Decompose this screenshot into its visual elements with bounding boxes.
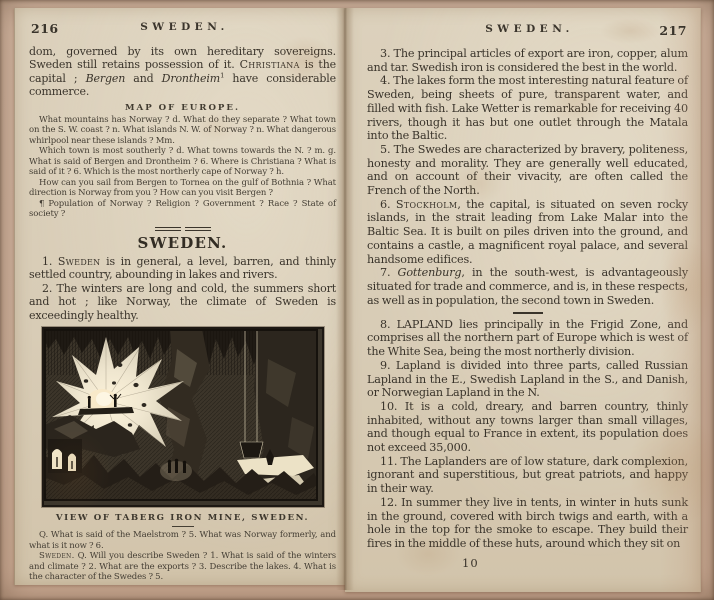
book-scan: 216 SWEDEN. dom, governed by its own her… xyxy=(0,0,714,600)
sweden-label-smallcaps: Sweden. xyxy=(39,551,75,561)
bottom-question-2: Sweden. Q. Will you describe Sweden ? 1.… xyxy=(29,551,336,583)
question-block-2: Which town is most southerly ? d. What t… xyxy=(29,146,336,178)
drontheim-italic: Drontheim xyxy=(162,72,220,85)
section-divider xyxy=(154,227,212,231)
page-number-right: 217 xyxy=(659,23,687,38)
sweden-smallcaps: Sweden xyxy=(58,255,101,268)
caption-rule xyxy=(172,526,194,527)
bergen-italic: Bergen xyxy=(86,72,126,85)
lapland-divider xyxy=(513,312,543,313)
question-block-3: How can you sail from Bergen to Tornea o… xyxy=(29,178,336,199)
paragraph-12: 12. In summer they live in tents, in win… xyxy=(367,496,688,551)
paragraph-2: 2. The winters are long and cold, the su… xyxy=(29,282,336,322)
question-block-4: ¶ Population of Norway ? Religion ? Gove… xyxy=(29,199,336,220)
bottom-question-1: Q. What is said of the Maelstrom ? 5. Wh… xyxy=(29,530,336,551)
engraving-caption: VIEW OF TABERG IRON MINE, SWEDEN. xyxy=(29,513,336,523)
taberg-mine-engraving-svg xyxy=(44,329,318,501)
intro-paragraph: dom, governed by its own hereditary sove… xyxy=(29,45,336,99)
christiana-smallcaps: Christiana xyxy=(240,58,300,71)
page-header-right: SWEDEN. 217 xyxy=(367,23,688,39)
page-number-left: 216 xyxy=(31,21,59,36)
running-head-right: SWEDEN. xyxy=(367,23,688,35)
page-header-left: 216 SWEDEN. xyxy=(29,21,336,37)
taberg-mine-engraving xyxy=(42,327,324,507)
paragraph-10: 10. It is a cold, dreary, and barren cou… xyxy=(367,400,688,455)
paragraph-4: 4. The lakes form the most interesting n… xyxy=(367,74,688,143)
paragraph-6: 6. Stockholm, the capital, is situated o… xyxy=(367,198,688,267)
question-block-1: What mountains has Norway ? d. What do t… xyxy=(29,115,336,147)
gottenburg-italic: Gottenburg xyxy=(398,266,462,279)
signature-mark: 10 xyxy=(462,556,688,570)
paragraph-9: 9. Lapland is divided into three parts, … xyxy=(367,359,688,400)
paragraph-3: 3. The principal articles of export are … xyxy=(367,47,688,74)
paragraph-11: 11. The Laplanders are of low stature, d… xyxy=(367,455,688,496)
map-of-europe-heading: MAP OF EUROPE. xyxy=(29,103,336,113)
q-label: Q. xyxy=(39,530,48,540)
page-217: SWEDEN. 217 3. The principal articles of… xyxy=(345,8,701,592)
sweden-section-heading: SWEDEN. xyxy=(29,234,336,252)
paragraph-5: 5. The Swedes are characterized by brave… xyxy=(367,143,688,198)
paragraph-8: 8. LAPLAND lies principally in the Frigi… xyxy=(367,318,688,359)
paragraph-1: 1. Sweden is in general, a level, barren… xyxy=(29,255,336,282)
page-216: 216 SWEDEN. dom, governed by its own her… xyxy=(14,8,345,585)
paragraph-7: 7. Gottenburg, in the south-west, is adv… xyxy=(367,266,688,307)
stockholm-smallcaps: Stockholm xyxy=(396,198,457,211)
running-head-left: SWEDEN. xyxy=(29,21,336,33)
